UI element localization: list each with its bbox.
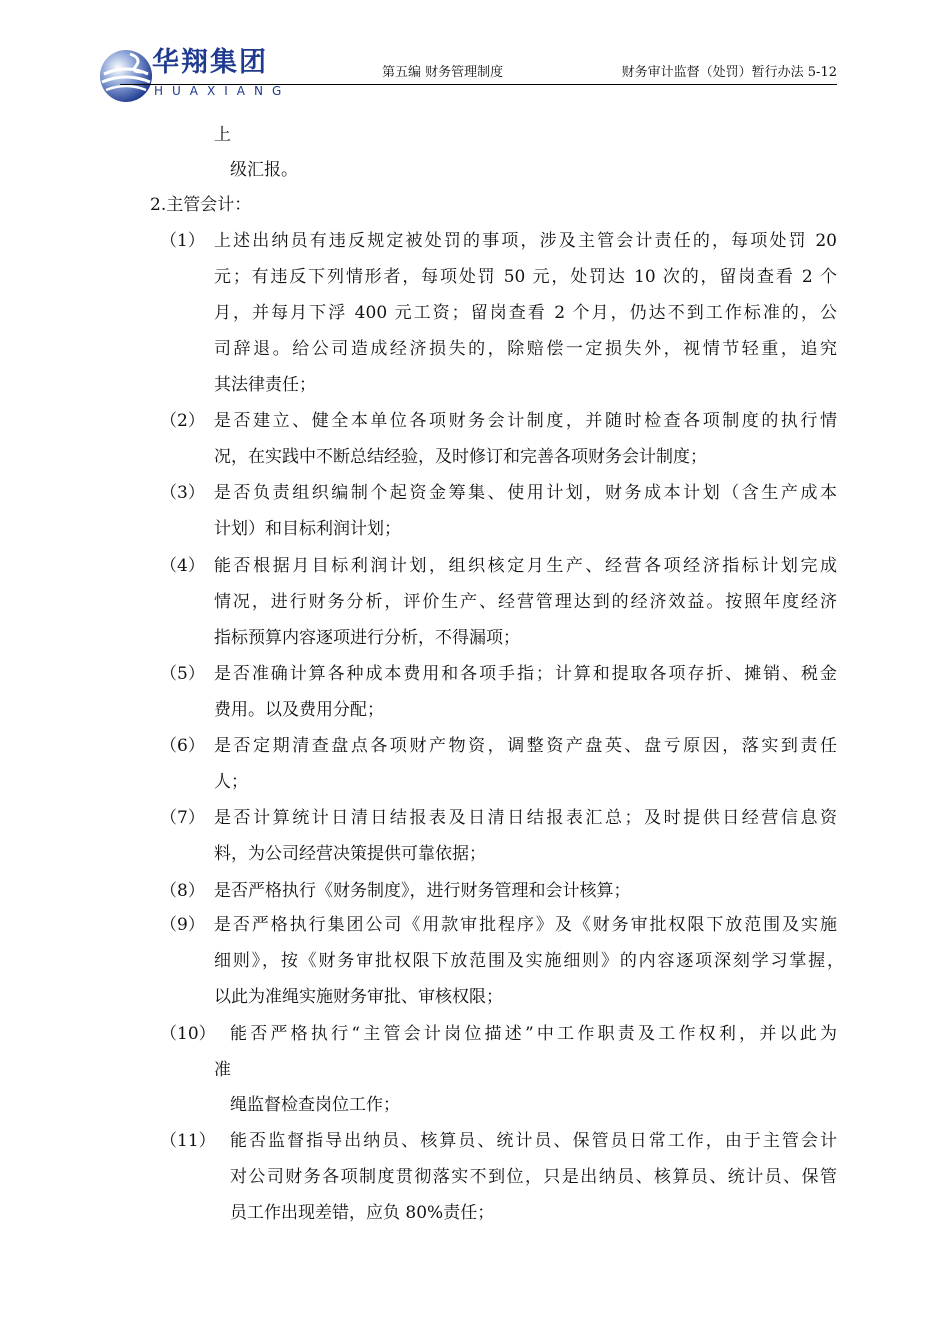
item-text-line: 以此为准绳实施财务审批、审核权限； bbox=[214, 986, 503, 1008]
item-text-line: 是否计算统计日清日结报表及日清日结报表汇总；及时提供日经营信息资 bbox=[214, 807, 837, 829]
item-number: （10） bbox=[160, 1023, 216, 1045]
item-number: （6） bbox=[160, 735, 205, 757]
item-number: （2） bbox=[160, 410, 205, 432]
continued-text-line: 上 bbox=[214, 124, 231, 146]
company-logo: 华翔集团 HUAXIANG bbox=[96, 40, 296, 106]
item-number: （4） bbox=[160, 555, 205, 577]
item-text-line: 上述出纳员有违反规定被处罚的事项，涉及主管会计责任的，每项处罚 20 bbox=[214, 230, 837, 252]
page-header: 华翔集团 HUAXIANG 第五编 财务管理制度 财务审计监督（处罚）暂行办法 … bbox=[0, 0, 950, 110]
item-text-line: 情况，进行财务分析，评价生产、经营管理达到的经济效益。按照年度经济 bbox=[214, 591, 837, 613]
continued-text-line: 级汇报。 bbox=[230, 159, 298, 181]
item-text-line: 费用。以及费用分配； bbox=[214, 699, 384, 721]
item-text-line: 是否严格执行集团公司《用款审批程序》及《财务审批权限下放范围及实施 bbox=[214, 914, 837, 936]
item-text-line: 指标预算内容逐项进行分析，不得漏项； bbox=[214, 627, 520, 649]
section-title: 2.主管会计： bbox=[150, 194, 251, 216]
header-document-title: 财务审计监督（处罚）暂行办法 5-12 bbox=[622, 64, 837, 82]
item-text-line: 细则》，按《财务审批权限下放范围及实施细则》的内容逐项深刻学习掌握， bbox=[214, 950, 844, 972]
item-text-line: 计划）和目标利润计划； bbox=[214, 518, 401, 540]
globe-logo-icon bbox=[96, 44, 156, 104]
item-text-line: 是否准确计算各种成本费用和各项手指；计算和提取各项存折、摊销、税金 bbox=[214, 663, 837, 685]
item-text-line: 能否监督指导出纳员、核算员、统计员、保管员日常工作，由于主管会计 bbox=[230, 1130, 837, 1152]
item-text-line: 是否建立、健全本单位各项财务会计制度，并随时检查各项制度的执行情 bbox=[214, 410, 837, 432]
item-text-line: 能否根据月目标利润计划，组织核定月生产、经营各项经济指标计划完成 bbox=[214, 555, 837, 577]
item-text-line: 月，并每月下浮 400 元工资；留岗查看 2 个月，仍达不到工作标准的，公 bbox=[214, 302, 837, 324]
logo-english-text: HUAXIANG bbox=[154, 84, 290, 98]
item-text-line: 能否严格执行“主管会计岗位描述”中工作职责及工作权利，并以此为 bbox=[230, 1023, 837, 1045]
item-text-line: 人； bbox=[214, 771, 248, 793]
item-number: （5） bbox=[160, 663, 205, 685]
item-text-line: 司辞退。给公司造成经济损失的，除赔偿一定损失外，视情节轻重，追究 bbox=[214, 338, 837, 360]
item-text-line: 是否负责组织编制个起资金筹集、使用计划，财务成本计划（含生产成本 bbox=[214, 482, 837, 504]
item-text-line: 况，在实践中不断总结经验，及时修订和完善各项财务会计制度； bbox=[214, 446, 707, 468]
item-number: （1） bbox=[160, 230, 205, 252]
item-text-line: 是否严格执行《财务制度》，进行财务管理和会计核算； bbox=[214, 880, 631, 902]
item-number: （8） bbox=[160, 880, 205, 902]
header-rule bbox=[120, 84, 837, 85]
item-text-line: 其法律责任； bbox=[214, 374, 316, 396]
item-number: （7） bbox=[160, 807, 205, 829]
item-number: （11） bbox=[160, 1130, 216, 1152]
item-number: （3） bbox=[160, 482, 205, 504]
logo-chinese-text: 华翔集团 bbox=[152, 48, 268, 78]
item-text-line: 料，为公司经营决策提供可靠依据； bbox=[214, 843, 486, 865]
item-text-line: 准 bbox=[214, 1059, 231, 1081]
item-text-line: 元；有违反下列情形者，每项处罚 50 元，处罚达 10 次的，留岗查看 2 个 bbox=[214, 266, 837, 288]
item-text-line: 员工作出现差错，应负 80%责任； bbox=[230, 1202, 494, 1224]
item-number: （9） bbox=[160, 914, 205, 936]
item-text-line: 是否定期清查盘点各项财产物资，调整资产盘英、盘亏原因，落实到责任 bbox=[214, 735, 837, 757]
header-chapter: 第五编 财务管理制度 bbox=[382, 64, 503, 82]
item-text-line: 绳监督检查岗位工作； bbox=[230, 1094, 400, 1116]
item-text-line: 对公司财务各项制度贯彻落实不到位，只是出纳员、核算员、统计员、保管 bbox=[230, 1166, 837, 1188]
